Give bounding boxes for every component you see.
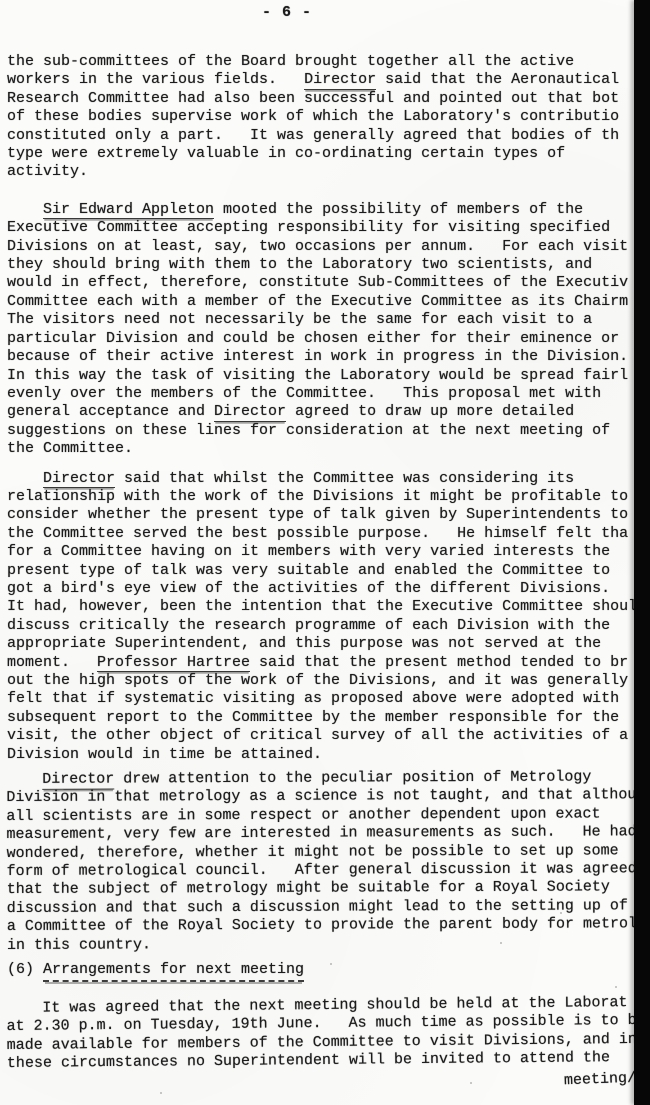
- text-line: suggestions on these lines for considera…: [7, 422, 650, 440]
- scan-speck: [330, 963, 332, 965]
- text-line: because of their active interest in work…: [7, 348, 650, 366]
- text-line: consider whether the present type of tal…: [7, 506, 650, 524]
- text-segment: The visitors need not necessarily be the…: [7, 311, 592, 328]
- text-line: moment. Professor Hartree said that the …: [7, 654, 650, 672]
- text-segment: [7, 201, 43, 218]
- text-segment: they should bring with them to the Labor…: [7, 256, 592, 273]
- text-line: (6) Arrangements for next meeting: [7, 961, 650, 979]
- text-segment: the sub-committees of the Board brought …: [7, 53, 574, 70]
- text-segment: [7, 470, 43, 487]
- text-line: It had, however, been the intention that…: [7, 598, 650, 616]
- text-segment: out the high spots of the work of the Di…: [7, 672, 628, 689]
- text-segment: relationship with the work of the Divisi…: [7, 488, 628, 505]
- text-line: general acceptance and Director agreed t…: [7, 403, 650, 421]
- catchword: meeting/: [564, 1070, 637, 1090]
- text-line: Divisions on at least, say, two occasion…: [7, 238, 650, 256]
- text-line: out the high spots of the work of the Di…: [7, 672, 650, 690]
- text-segment: general acceptance and: [7, 403, 214, 420]
- document-body: the sub-committees of the Board brought …: [7, 53, 650, 1073]
- underlined-term: Director: [214, 403, 286, 422]
- scan-speck: [500, 942, 502, 944]
- text-segment: Divisions on at least, say, two occasion…: [7, 238, 628, 255]
- text-line: the Committee.: [7, 440, 650, 458]
- text-segment: [6, 771, 42, 788]
- text-segment: moment.: [7, 654, 97, 671]
- text-line: workers in the various fields. Director …: [7, 71, 650, 89]
- text-line: would in effect, therefore, constitute S…: [7, 274, 650, 292]
- underlined-term: Director: [304, 71, 376, 90]
- text-line: for a Committee having on it members wit…: [7, 543, 650, 561]
- text-segment: activity.: [7, 163, 88, 180]
- text-segment: would in effect, therefore, constitute S…: [7, 274, 628, 291]
- text-segment: measurement, very few are interested in …: [6, 824, 636, 844]
- text-segment: evenly over the members of the Committee…: [7, 385, 601, 402]
- text-line: Committee each with a member of the Exec…: [7, 293, 650, 311]
- text-segment: said that whilst the Committee was consi…: [115, 470, 574, 487]
- text-segment: In this way the task of visiting the Lab…: [7, 367, 628, 384]
- text-segment: discuss critically the research programm…: [7, 617, 610, 634]
- text-line: particular Division and could be chosen …: [7, 330, 650, 348]
- paragraph: Director said that whilst the Committee …: [7, 470, 650, 765]
- text-segment: mooted the possibility of members of the: [214, 201, 583, 218]
- text-line: The visitors need not necessarily be the…: [7, 311, 650, 329]
- text-segment: appropriate Superintendent, and this pur…: [7, 635, 601, 652]
- text-line: in this country.: [7, 934, 650, 955]
- text-line: Research Committee had also been success…: [7, 90, 650, 108]
- text-line: present type of talk was very suitable a…: [7, 562, 650, 580]
- text-segment: for a Committee having on it members wit…: [7, 543, 610, 560]
- text-line: Director said that whilst the Committee …: [7, 470, 650, 488]
- text-segment: said that the Aeronautical: [376, 71, 619, 88]
- text-segment: (6): [7, 961, 43, 978]
- text-line: relationship with the work of the Divisi…: [7, 488, 650, 506]
- text-line: evenly over the members of the Committee…: [7, 385, 650, 403]
- text-segment: agreed to draw up more detailed: [286, 403, 574, 420]
- text-segment: a Committee of the Royal Society to prov…: [7, 916, 637, 936]
- scan-speck: [602, 302, 604, 304]
- text-segment: form of metrological council. After gene…: [7, 860, 637, 880]
- text-line: Division would in time be attained.: [7, 746, 650, 764]
- scan-speck: [160, 1092, 162, 1094]
- section-heading: (6) Arrangements for next meeting: [7, 961, 650, 979]
- text-segment: subsequent report to the Committee by th…: [7, 709, 619, 726]
- text-segment: all scientists are in some respect or an…: [6, 805, 600, 825]
- text-line: type were extremely valuable in co-ordin…: [7, 145, 650, 163]
- underlined-term: Professor Hartree: [97, 654, 250, 673]
- text-segment: of these bodies supervise work of which …: [7, 108, 619, 125]
- text-segment: visit, the other object of critical surv…: [7, 727, 628, 744]
- text-segment: got a bird's eye view of the activities …: [7, 580, 610, 597]
- text-segment: felt that if systematic visiting as prop…: [7, 690, 619, 707]
- text-line: subsequent report to the Committee by th…: [7, 709, 650, 727]
- paragraph: Director drew attention to the peculiar …: [6, 768, 650, 955]
- paragraph: the sub-committees of the Board brought …: [7, 53, 650, 182]
- text-line: felt that if systematic visiting as prop…: [7, 690, 650, 708]
- text-segment: Committee each with a member of the Exec…: [7, 293, 628, 310]
- text-line: Sir Edward Appleton mooted the possibili…: [7, 201, 650, 219]
- text-segment: because of their active interest in work…: [7, 348, 628, 365]
- text-segment: said that the present method tended to b…: [250, 654, 628, 671]
- text-segment: type were extremely valuable in co-ordin…: [7, 145, 565, 162]
- document-page: - 6 - the sub-committees of the Board br…: [0, 0, 650, 1105]
- scan-edge-band: [634, 0, 650, 1105]
- text-segment: the Committee served the best possible p…: [7, 525, 628, 542]
- underlined-term: Arrangements for next meeting: [43, 961, 304, 982]
- scan-speck: [615, 986, 617, 988]
- text-line: the sub-committees of the Board brought …: [7, 53, 650, 71]
- text-segment: Division in that metrology as a science …: [6, 787, 636, 807]
- text-line: constituted only a part. It was generall…: [7, 127, 650, 145]
- text-segment: constituted only a part. It was generall…: [7, 127, 619, 144]
- underlined-term: Director: [43, 470, 115, 489]
- text-segment: that the subject of metrology might be s…: [7, 879, 610, 899]
- text-line: the Committee served the best possible p…: [7, 525, 650, 543]
- text-segment: It had, however, been the intention that…: [7, 598, 637, 615]
- text-segment: particular Division and could be chosen …: [7, 330, 619, 347]
- text-line: activity.: [7, 163, 650, 181]
- text-line: discuss critically the research programm…: [7, 617, 650, 635]
- text-segment: Division would in time be attained.: [7, 746, 322, 763]
- text-segment: the Committee.: [7, 440, 133, 457]
- underlined-term: Director: [42, 771, 114, 790]
- scan-speck: [470, 1082, 472, 1084]
- text-line: visit, the other object of critical surv…: [7, 727, 650, 745]
- text-line: they should bring with them to the Labor…: [7, 256, 650, 274]
- underlined-term: Sir Edward Appleton: [43, 201, 214, 220]
- paragraph: Sir Edward Appleton mooted the possibili…: [7, 201, 650, 459]
- text-segment: workers in the various fields.: [7, 71, 304, 88]
- text-segment: Research Committee had also been success…: [7, 90, 619, 107]
- scan-speck: [560, 912, 562, 914]
- text-segment: present type of talk was very suitable a…: [7, 562, 610, 579]
- paragraph: It was agreed that the next meeting shou…: [6, 993, 650, 1073]
- text-line: of these bodies supervise work of which …: [7, 108, 650, 126]
- text-segment: discussion and that such a discussion mi…: [7, 897, 628, 917]
- text-segment: consider whether the present type of tal…: [7, 506, 628, 523]
- text-segment: Executive Committee accepting responsibi…: [7, 219, 610, 236]
- text-line: In this way the task of visiting the Lab…: [7, 367, 650, 385]
- text-line: appropriate Superintendent, and this pur…: [7, 635, 650, 653]
- text-segment: drew attention to the peculiar position …: [114, 768, 591, 787]
- text-line: Executive Committee accepting responsibi…: [7, 219, 650, 237]
- text-segment: in this country.: [7, 936, 151, 954]
- text-segment: suggestions on these lines for considera…: [7, 422, 610, 439]
- text-line: a Committee of the Royal Society to prov…: [7, 915, 650, 936]
- page-number: - 6 -: [262, 4, 312, 21]
- text-line: got a bird's eye view of the activities …: [7, 580, 650, 598]
- scan-speck: [253, 478, 255, 480]
- text-segment: wondered, therefore, whether it might no…: [7, 842, 619, 862]
